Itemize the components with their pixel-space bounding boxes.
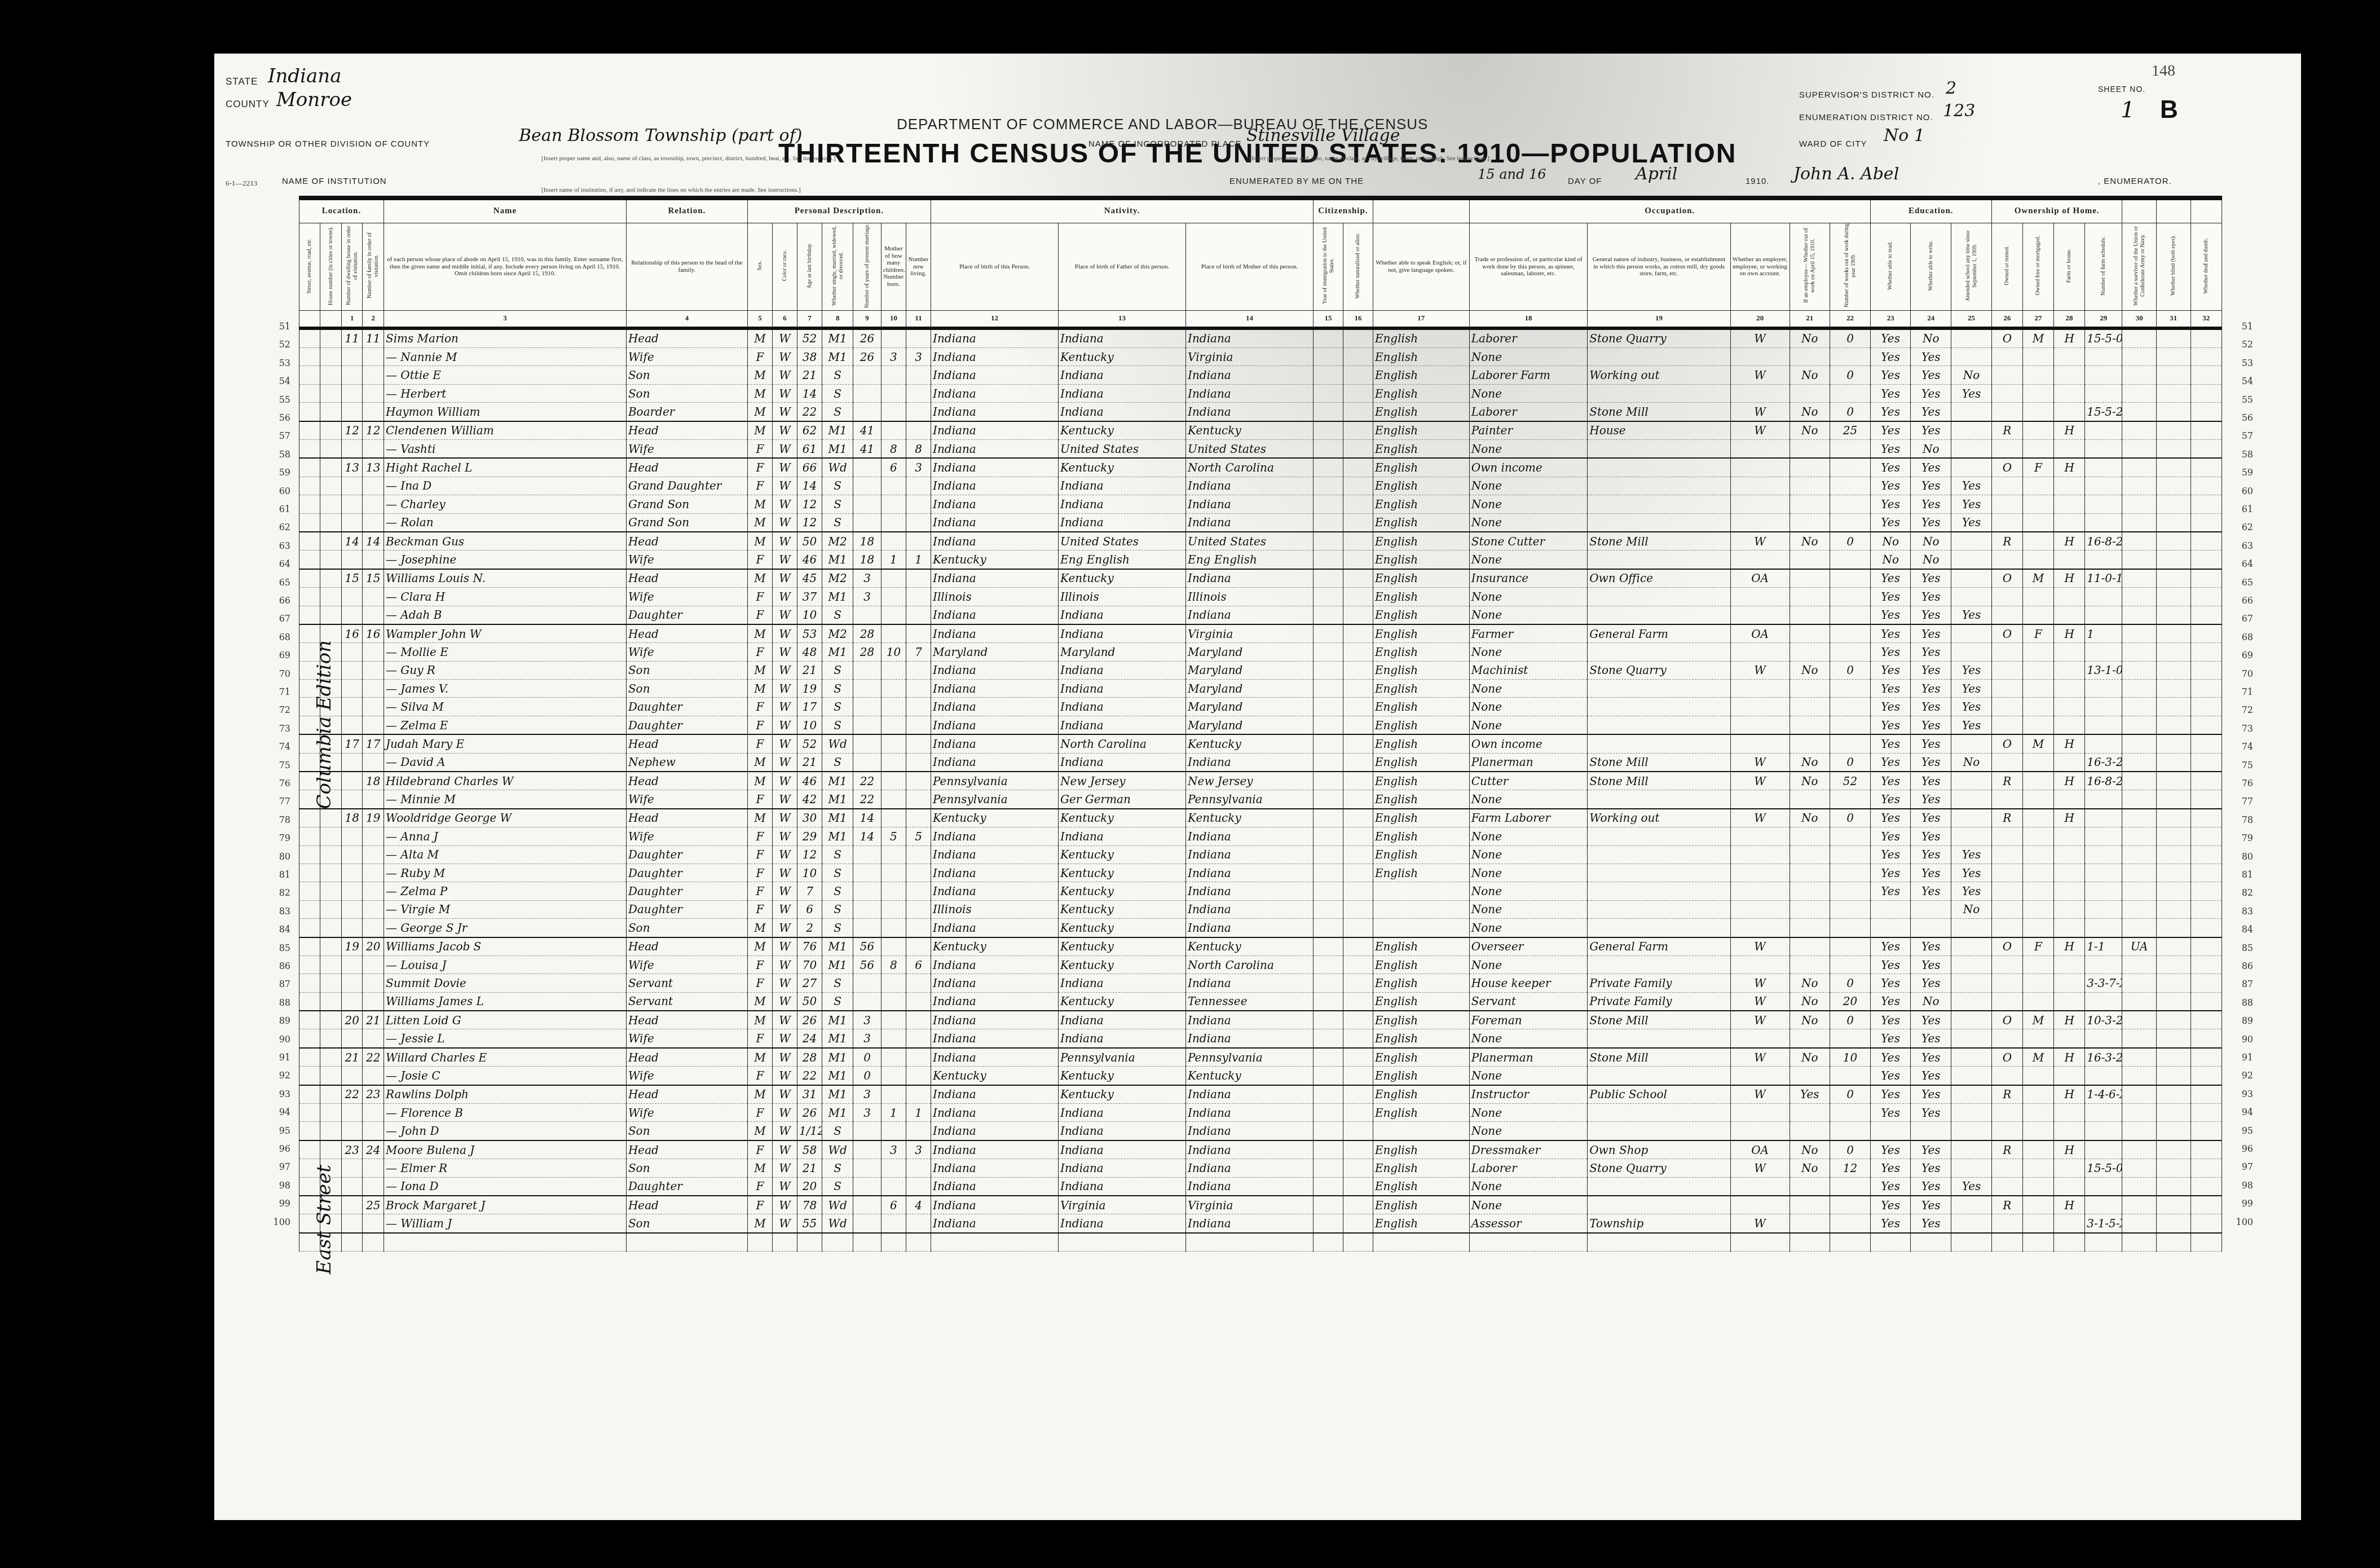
- column-header-15: Year of immigration to the United States…: [1314, 223, 1343, 311]
- line-number: 54: [2231, 376, 2253, 386]
- cell-write: Yes: [1911, 827, 1951, 845]
- cell-race: W: [772, 495, 797, 513]
- cell-out: [1790, 919, 1830, 937]
- cell-sch: [1951, 1011, 1992, 1029]
- cell-ind: [1588, 680, 1731, 698]
- cell-race: W: [772, 680, 797, 698]
- cell-ms: S: [822, 1159, 853, 1177]
- cell-race: W: [772, 882, 797, 900]
- cell-read: Yes: [1870, 569, 1911, 588]
- cell-emp: W: [1730, 1011, 1790, 1029]
- column-number: 17: [1373, 310, 1469, 328]
- cell-nat: [1343, 403, 1373, 421]
- cell-write: Yes: [1911, 569, 1951, 588]
- cell-fam: 19: [363, 809, 384, 827]
- cell-age: 46: [797, 772, 822, 790]
- census-row: — CharleyGrand SonMW12SIndianaIndianaInd…: [299, 495, 2222, 513]
- cell-out: No: [1790, 421, 1830, 440]
- cell-mort: F: [2022, 937, 2053, 956]
- cell-imm: [1314, 550, 1343, 569]
- cell-ms: S: [822, 513, 853, 532]
- cell-ind: Stone Mill: [1588, 772, 1731, 790]
- cell-sched: [2085, 1122, 2122, 1140]
- line-number: 94: [2231, 1107, 2253, 1117]
- cell-name: — Clara H: [384, 588, 626, 606]
- cell-pob: Indiana: [931, 1196, 1059, 1214]
- column-header-14: Place of birth of Mother of this person.: [1186, 223, 1314, 311]
- cell-army: [2122, 864, 2157, 882]
- column-label: Attended school any time since September…: [1965, 223, 1978, 308]
- cell-mpob: Indiana: [1186, 1085, 1314, 1104]
- cell-yrs: [853, 734, 882, 753]
- cell-race: W: [772, 439, 797, 458]
- cell-blind: [2156, 937, 2191, 956]
- cell-race: W: [772, 716, 797, 734]
- cell-yrs: [853, 1122, 882, 1140]
- cell-out: [1790, 624, 1830, 643]
- cell-living: 3: [906, 458, 931, 477]
- cell-ms: S: [822, 680, 853, 698]
- cell-ms: S: [822, 919, 853, 937]
- cell-emp: W: [1730, 366, 1790, 384]
- cell-blind: [2156, 845, 2191, 864]
- column-label: Farm or house.: [2066, 249, 2073, 283]
- cell-rel: Head: [626, 809, 747, 827]
- cell-fpob: Indiana: [1059, 477, 1186, 495]
- cell-read: Yes: [1870, 716, 1911, 734]
- line-number: 91: [268, 1052, 290, 1063]
- cell-own: [1991, 1122, 2022, 1140]
- cell-imm: [1314, 348, 1343, 366]
- cell-read: Yes: [1870, 1067, 1911, 1085]
- census-row: — Adah BDaughterFW10SIndianaIndianaIndia…: [299, 606, 2222, 624]
- line-number: 81: [268, 869, 290, 880]
- cell-blind: [2156, 550, 2191, 569]
- cell-age: 62: [797, 421, 822, 440]
- cell-sex: M: [747, 1085, 772, 1104]
- cell-yrs: 28: [853, 643, 882, 661]
- cell-eng: English: [1373, 513, 1469, 532]
- cell-house: [320, 588, 341, 606]
- cell-rel: Head: [626, 772, 747, 790]
- cell-own: R: [1991, 1140, 2022, 1159]
- cell-age: 2: [797, 919, 822, 937]
- line-number: 90: [2231, 1034, 2253, 1045]
- cell-house: [320, 1029, 341, 1048]
- cell-write: No: [1911, 328, 1951, 348]
- cell-farm: [2054, 1122, 2085, 1140]
- cell-wks: [1830, 588, 1871, 606]
- group-occupation: Occupation.: [1469, 198, 1870, 223]
- cell-dw: 13: [341, 458, 362, 477]
- cell-imm: [1314, 1122, 1343, 1140]
- line-number: 76: [2231, 778, 2253, 789]
- cell-dw: 19: [341, 937, 362, 956]
- cell-imm: [1314, 845, 1343, 864]
- cell-wks: 12: [1830, 1159, 1871, 1177]
- line-number: 82: [2231, 887, 2253, 898]
- cell-sched: [2085, 919, 2122, 937]
- form-number: 6-1—2213: [226, 179, 257, 188]
- cell-own: [1991, 495, 2022, 513]
- cell-age: 55: [797, 1214, 822, 1233]
- cell-ind: [1588, 1233, 1731, 1252]
- cell-emp: [1730, 900, 1790, 918]
- cell-write: No: [1911, 992, 1951, 1011]
- cell-sex: M: [747, 1159, 772, 1177]
- cell-occ: Insurance: [1469, 569, 1587, 588]
- cell-wks: [1830, 937, 1871, 956]
- line-number: 75: [2231, 760, 2253, 770]
- cell-pob: Indiana: [931, 606, 1059, 624]
- cell-occ: None: [1469, 495, 1587, 513]
- cell-street: [299, 439, 320, 458]
- cell-out: [1790, 900, 1830, 918]
- cell-dw: [341, 439, 362, 458]
- cell-mpob: [1186, 1233, 1314, 1252]
- institution-label: Name of institution: [282, 177, 387, 186]
- cell-eng: English: [1373, 1029, 1469, 1048]
- cell-eng: English: [1373, 680, 1469, 698]
- cell-read: Yes: [1870, 348, 1911, 366]
- census-row: — Minnie MWifeFW42M122PennsylvaniaGer Ge…: [299, 790, 2222, 809]
- cell-farm: [2054, 992, 2085, 1011]
- cell-ind: [1588, 716, 1731, 734]
- line-number: 66: [2231, 595, 2253, 606]
- cell-fam: 14: [363, 532, 384, 550]
- line-number: 75: [268, 760, 290, 770]
- cell-mort: [2022, 513, 2053, 532]
- cell-street: [299, 421, 320, 440]
- cell-sex: F: [747, 864, 772, 882]
- cell-ind: Working out: [1588, 809, 1731, 827]
- cell-own: O: [1991, 1011, 2022, 1029]
- cell-born: 10: [881, 643, 906, 661]
- cell-mort: [2022, 550, 2053, 569]
- cell-wks: [1830, 1233, 1871, 1252]
- cell-sched: [2085, 827, 2122, 845]
- cell-imm: [1314, 439, 1343, 458]
- cell-nat: [1343, 680, 1373, 698]
- cell-own: [1991, 680, 2022, 698]
- supervisor-district-label: Supervisor's District No.: [1799, 90, 1934, 100]
- column-header-27: Owned free or mortgaged.: [2022, 223, 2053, 311]
- cell-ms: Wd: [822, 734, 853, 753]
- cell-occ: None: [1469, 1122, 1587, 1140]
- cell-race: W: [772, 643, 797, 661]
- cell-dw: [341, 495, 362, 513]
- cell-sch: [1951, 550, 1992, 569]
- cell-fam: [363, 513, 384, 532]
- cell-sched: [2085, 439, 2122, 458]
- cell-deaf: [2191, 1048, 2222, 1067]
- cell-name: Brock Margaret J: [384, 1196, 626, 1214]
- cell-emp: [1730, 680, 1790, 698]
- cell-occ: None: [1469, 1104, 1587, 1122]
- cell-dw: [341, 992, 362, 1011]
- cell-fpob: Kentucky: [1059, 864, 1186, 882]
- cell-occ: None: [1469, 1067, 1587, 1085]
- cell-born: [881, 1048, 906, 1067]
- cell-sch: [1951, 624, 1992, 643]
- cell-race: W: [772, 1159, 797, 1177]
- cell-sex: M: [747, 937, 772, 956]
- cell-read: Yes: [1870, 845, 1911, 864]
- cell-deaf: [2191, 588, 2222, 606]
- cell-dw: [341, 716, 362, 734]
- cell-race: W: [772, 1122, 797, 1140]
- cell-emp: [1730, 919, 1790, 937]
- cell-fam: 21: [363, 1011, 384, 1029]
- cell-sch: No: [1951, 900, 1992, 918]
- cell-blind: [2156, 1196, 2191, 1214]
- cell-dw: [341, 588, 362, 606]
- cell-mpob: Maryland: [1186, 643, 1314, 661]
- cell-emp: [1730, 1177, 1790, 1196]
- cell-name: Willard Charles E: [384, 1048, 626, 1067]
- cell-house: [320, 348, 341, 366]
- enumerated-month: April: [1636, 164, 1677, 184]
- cell-write: Yes: [1911, 661, 1951, 679]
- cell-race: W: [772, 477, 797, 495]
- cell-occ: [1469, 1233, 1587, 1252]
- cell-name: Sims Marion: [384, 328, 626, 348]
- cell-blind: [2156, 588, 2191, 606]
- cell-living: [906, 569, 931, 588]
- cell-nat: [1343, 900, 1373, 918]
- cell-fam: 11: [363, 328, 384, 348]
- cell-blind: [2156, 992, 2191, 1011]
- census-row: — Silva MDaughterFW17SIndianaIndianaMary…: [299, 698, 2222, 716]
- cell-race: W: [772, 421, 797, 440]
- census-row: — Nannie MWifeFW38M12633IndianaKentuckyV…: [299, 348, 2222, 366]
- group-ownership: Ownership of Home.: [1991, 198, 2122, 223]
- cell-house: [320, 1122, 341, 1140]
- cell-street: [299, 827, 320, 845]
- cell-farm: H: [2054, 421, 2085, 440]
- cell-living: [906, 1177, 931, 1196]
- cell-read: Yes: [1870, 772, 1911, 790]
- group-blind: [2156, 198, 2191, 223]
- cell-mpob: Indiana: [1186, 753, 1314, 772]
- cell-emp: [1730, 348, 1790, 366]
- cell-born: [881, 1029, 906, 1048]
- cell-mpob: Indiana: [1186, 1214, 1314, 1233]
- cell-out: No: [1790, 532, 1830, 550]
- cell-name: — Anna J: [384, 827, 626, 845]
- cell-ms: S: [822, 403, 853, 421]
- cell-sch: [1951, 348, 1992, 366]
- cell-sch: Yes: [1951, 661, 1992, 679]
- cell-fam: [363, 1067, 384, 1085]
- cell-farm: [2054, 919, 2085, 937]
- cell-rel: Wife: [626, 588, 747, 606]
- cell-occ: None: [1469, 864, 1587, 882]
- cell-age: 22: [797, 403, 822, 421]
- cell-deaf: [2191, 348, 2222, 366]
- cell-ms: S: [822, 974, 853, 992]
- cell-name: Williams Louis N.: [384, 569, 626, 588]
- cell-pob: Indiana: [931, 734, 1059, 753]
- cell-blind: [2156, 864, 2191, 882]
- cell-fam: [363, 716, 384, 734]
- column-header-24: Whether able to write.: [1911, 223, 1951, 311]
- cell-eng: English: [1373, 974, 1469, 992]
- group-nativity: Nativity.: [931, 198, 1314, 223]
- cell-living: [906, 716, 931, 734]
- cell-occ: House keeper: [1469, 974, 1587, 992]
- cell-sch: Yes: [1951, 864, 1992, 882]
- cell-name: — Zelma P: [384, 882, 626, 900]
- cell-deaf: [2191, 661, 2222, 679]
- cell-mort: [2022, 992, 2053, 1011]
- cell-eng: English: [1373, 439, 1469, 458]
- cell-army: [2122, 882, 2157, 900]
- cell-blind: [2156, 809, 2191, 827]
- cell-pob: Indiana: [931, 439, 1059, 458]
- cell-ind: Stone Mill: [1588, 532, 1731, 550]
- cell-ms: M1: [822, 1011, 853, 1029]
- cell-living: [906, 1011, 931, 1029]
- cell-fam: [363, 900, 384, 918]
- cell-read: Yes: [1870, 1104, 1911, 1122]
- cell-mpob: Indiana: [1186, 606, 1314, 624]
- cell-write: Yes: [1911, 790, 1951, 809]
- cell-name: Haymon William: [384, 403, 626, 421]
- cell-nat: [1343, 495, 1373, 513]
- cell-sex: F: [747, 974, 772, 992]
- cell-write: Yes: [1911, 348, 1951, 366]
- cell-own: [1991, 606, 2022, 624]
- cell-army: [2122, 1122, 2157, 1140]
- cell-name: — Rolan: [384, 513, 626, 532]
- column-label: Whether able to read.: [1887, 241, 1894, 290]
- cell-read: Yes: [1870, 624, 1911, 643]
- cell-army: [2122, 588, 2157, 606]
- line-number: 56: [268, 412, 290, 423]
- cell-sched: [2085, 845, 2122, 864]
- cell-ind: [1588, 348, 1731, 366]
- cell-ind: [1588, 606, 1731, 624]
- cell-yrs: [853, 716, 882, 734]
- cell-write: Yes: [1911, 1029, 1951, 1048]
- cell-own: O: [1991, 937, 2022, 956]
- cell-occ: Servant: [1469, 992, 1587, 1011]
- cell-pob: Indiana: [931, 974, 1059, 992]
- cell-house: [320, 992, 341, 1011]
- cell-fam: [363, 827, 384, 845]
- cell-eng: English: [1373, 698, 1469, 716]
- cell-mpob: Indiana: [1186, 403, 1314, 421]
- cell-mort: [2022, 403, 2053, 421]
- cell-own: [1991, 790, 2022, 809]
- cell-wks: [1830, 624, 1871, 643]
- cell-house: [320, 845, 341, 864]
- cell-sch: Yes: [1951, 680, 1992, 698]
- cell-dw: [341, 661, 362, 679]
- cell-dw: 11: [341, 328, 362, 348]
- cell-sched: [2085, 955, 2122, 974]
- cell-pob: Indiana: [931, 753, 1059, 772]
- cell-read: Yes: [1870, 643, 1911, 661]
- cell-pob: Indiana: [931, 348, 1059, 366]
- cell-sex: M: [747, 809, 772, 827]
- cell-mpob: Indiana: [1186, 1140, 1314, 1159]
- cell-ms: M1: [822, 550, 853, 569]
- cell-fpob: Indiana: [1059, 403, 1186, 421]
- cell-eng: English: [1373, 1140, 1469, 1159]
- cell-eng: English: [1373, 937, 1469, 956]
- cell-blind: [2156, 421, 2191, 440]
- cell-race: W: [772, 955, 797, 974]
- cell-pob: Indiana: [931, 1159, 1059, 1177]
- cell-emp: [1730, 1029, 1790, 1048]
- cell-dw: [341, 384, 362, 402]
- cell-out: [1790, 384, 1830, 402]
- cell-read: Yes: [1870, 366, 1911, 384]
- cell-army: [2122, 477, 2157, 495]
- cell-street: [299, 864, 320, 882]
- cell-street: [299, 1067, 320, 1085]
- cell-born: 3: [881, 1140, 906, 1159]
- cell-rel: Nephew: [626, 753, 747, 772]
- cell-age: 28: [797, 1048, 822, 1067]
- cell-write: Yes: [1911, 1067, 1951, 1085]
- cell-ind: Stone Mill: [1588, 753, 1731, 772]
- cell-ind: Stone Mill: [1588, 1048, 1731, 1067]
- cell-fam: [363, 661, 384, 679]
- cell-army: [2122, 328, 2157, 348]
- cell-write: Yes: [1911, 624, 1951, 643]
- cell-living: [906, 845, 931, 864]
- cell-rel: Wife: [626, 1029, 747, 1048]
- cell-mpob: New Jersey: [1186, 772, 1314, 790]
- cell-blind: [2156, 495, 2191, 513]
- cell-army: [2122, 550, 2157, 569]
- cell-army: [2122, 790, 2157, 809]
- cell-race: W: [772, 403, 797, 421]
- cell-age: 17: [797, 698, 822, 716]
- margin-note-columbia-edition: Columbia Edition: [313, 640, 336, 809]
- cell-living: 5: [906, 827, 931, 845]
- cell-living: [906, 624, 931, 643]
- line-number: 60: [268, 486, 290, 496]
- cell-dw: [341, 643, 362, 661]
- cell-name: — Charley: [384, 495, 626, 513]
- cell-emp: W: [1730, 1048, 1790, 1067]
- cell-blind: [2156, 569, 2191, 588]
- cell-yrs: [853, 1177, 882, 1196]
- column-label: Mother of how many children. Number born…: [883, 245, 905, 288]
- cell-ms: M1: [822, 439, 853, 458]
- column-number: 11: [906, 310, 931, 328]
- cell-write: Yes: [1911, 1104, 1951, 1122]
- cell-out: [1790, 569, 1830, 588]
- cell-race: W: [772, 606, 797, 624]
- cell-pob: Indiana: [931, 1011, 1059, 1029]
- column-number: 28: [2054, 310, 2085, 328]
- cell-pob: Indiana: [931, 992, 1059, 1011]
- cell-farm: [2054, 1067, 2085, 1085]
- cell-occ: Laborer: [1469, 328, 1587, 348]
- cell-blind: [2156, 366, 2191, 384]
- cell-age: 58: [797, 1140, 822, 1159]
- cell-race: W: [772, 569, 797, 588]
- cell-sched: 3-1-5-X: [2085, 1214, 2122, 1233]
- cell-yrs: 26: [853, 348, 882, 366]
- cell-sex: M: [747, 403, 772, 421]
- cell-nat: [1343, 569, 1373, 588]
